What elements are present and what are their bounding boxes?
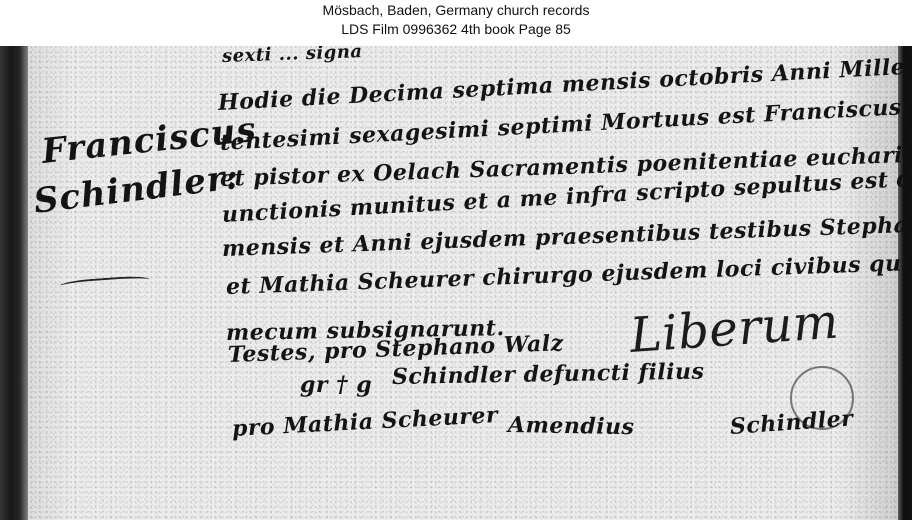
document-caption: Mösbach, Baden, Germany church records L… bbox=[0, 0, 912, 46]
scanned-record-page: Franciscus Schindler: sexti ... signa Ho… bbox=[0, 46, 912, 520]
caption-line-2: LDS Film 0996362 4th book Page 85 bbox=[0, 20, 912, 39]
witness-line-3: pro Mathia Scheurer bbox=[231, 402, 498, 442]
witness-line-2: Schindler defuncti filius bbox=[392, 359, 705, 390]
margin-flourish bbox=[60, 275, 151, 293]
left-binding-edge bbox=[0, 46, 28, 520]
witness-mark: gr † g bbox=[300, 372, 372, 398]
witness-line-4a: Amendius bbox=[508, 412, 635, 440]
priest-signature: Liberum bbox=[628, 293, 841, 363]
caption-line-1: Mösbach, Baden, Germany church records bbox=[0, 1, 912, 20]
record-line-0: sexti ... signa bbox=[222, 46, 363, 67]
faint-seal-stamp bbox=[790, 366, 854, 430]
